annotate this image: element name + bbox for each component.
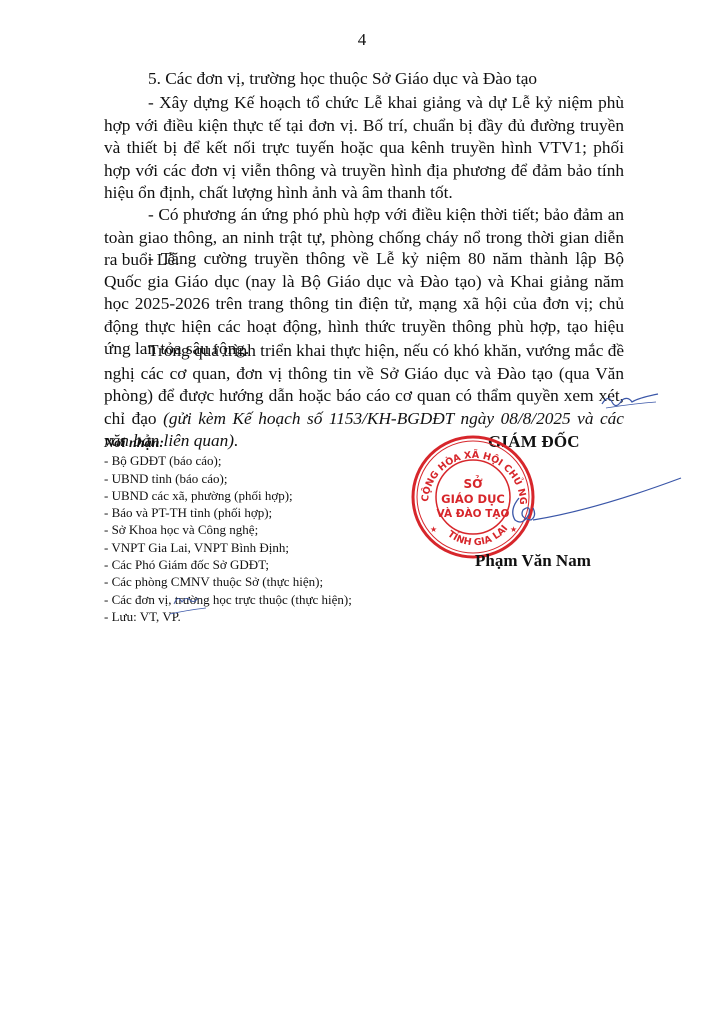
initials-mark-icon: [600, 388, 660, 412]
svg-text:★: ★: [430, 525, 437, 534]
handwritten-signature-icon: [505, 470, 685, 540]
svg-text:TỈNH GIA LAI: TỈNH GIA LAI: [445, 523, 510, 548]
recipients-list: - Bộ GDĐT (báo cáo); - UBND tỉnh (báo cá…: [104, 452, 352, 625]
recipient-item: - Lưu: VT, VP.: [104, 608, 352, 625]
recipients-title: Nơi nhận:: [104, 435, 352, 452]
page-number: 4: [0, 30, 724, 50]
recipient-item: - VNPT Gia Lai, VNPT Bình Định;: [104, 539, 352, 556]
stamp-center-line3: VÀ ĐÀO TẠO: [437, 507, 510, 520]
recipient-item: - Các đơn vị, trường học trực thuộc (thự…: [104, 591, 352, 608]
recipients-block: Nơi nhận: - Bộ GDĐT (báo cáo); - UBND tỉ…: [104, 435, 352, 625]
recipient-item: - Các phòng CMNV thuộc Sở (thực hiện);: [104, 573, 352, 590]
paragraph-setup-plan: - Xây dựng Kế hoạch tổ chức Lễ khai giản…: [104, 92, 624, 205]
recipient-item: - Bộ GDĐT (báo cáo);: [104, 452, 352, 469]
recipient-item: - UBND các xã, phường (phối hợp);: [104, 487, 352, 504]
signer-name: Phạm Văn Nam: [475, 551, 591, 571]
recipient-item: - Báo và PT-TH tỉnh (phối hợp);: [104, 504, 352, 521]
stamp-center-line2: GIÁO DỤC: [441, 491, 505, 506]
stamp-center-line1: SỞ: [463, 475, 483, 491]
recipient-item: - Các Phó Giám đốc Sở GDĐT;: [104, 556, 352, 573]
stamp-bottom-text: TỈNH GIA LAI: [445, 523, 510, 548]
recipient-item: - UBND tỉnh (báo cáo);: [104, 470, 352, 487]
recipient-item: - Sở Khoa học và Công nghệ;: [104, 521, 352, 538]
section-heading: 5. Các đơn vị, trường học thuộc Sở Giáo …: [148, 67, 537, 90]
initials-mark-icon: [168, 590, 208, 618]
